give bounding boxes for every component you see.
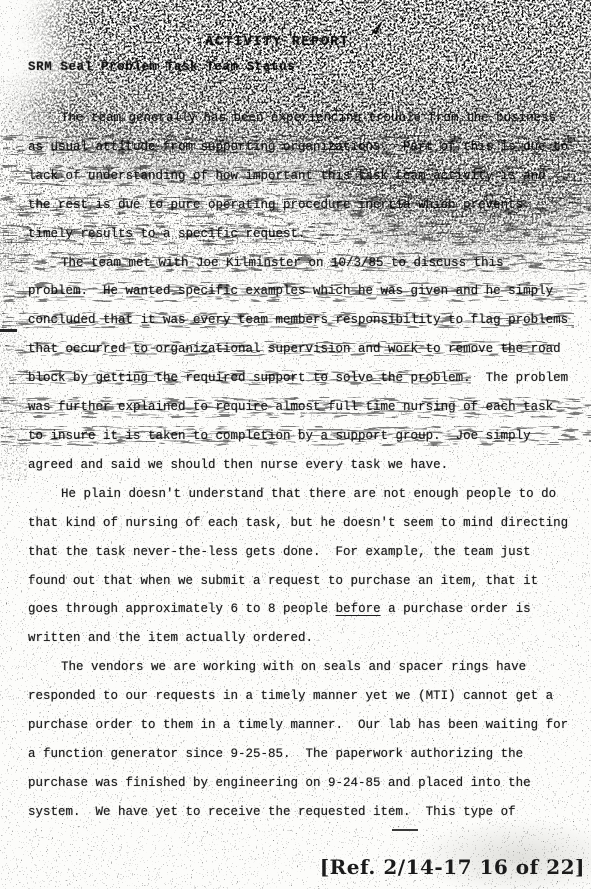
text-line: a function generator since 9-25-85. The … bbox=[28, 740, 579, 769]
text-line: the rest is due to pure operating proced… bbox=[28, 191, 579, 220]
text-line: goes through approximately 6 to 8 people… bbox=[28, 595, 579, 624]
text-line: was further explained to require almost … bbox=[28, 393, 579, 422]
text-line: system. We have yet to receive the reque… bbox=[28, 798, 579, 827]
text-line: found out that when we submit a request … bbox=[28, 567, 579, 596]
text-line: written and the item actually ordered. bbox=[28, 624, 579, 653]
stray-underline-mark bbox=[392, 829, 418, 831]
text-line: that occurred to organizational supervis… bbox=[28, 335, 579, 364]
document-subtitle: SRM Seal Problem Task Team Status bbox=[28, 60, 591, 74]
document-page: ACTIVITY REPORT✔ SRM Seal Problem Task T… bbox=[0, 0, 591, 889]
text-line: agreed and said we should then nurse eve… bbox=[28, 451, 579, 480]
document-body: The team generally has been experiencing… bbox=[0, 104, 591, 827]
reference-stamp: [Ref. 2/14-17 16 of 22] bbox=[320, 855, 585, 879]
text-line: lack of understanding of how important t… bbox=[28, 162, 579, 191]
paragraph: The vendors we are working with on seals… bbox=[28, 653, 579, 826]
text-line: purchase was finished by engineering on … bbox=[28, 769, 579, 798]
paragraph: The team generally has been experiencing… bbox=[28, 104, 579, 249]
paragraph: The team met with Joe Kilminster on 10/3… bbox=[28, 249, 579, 480]
handwritten-check-icon: ✔ bbox=[369, 19, 388, 42]
text-line: block by getting the required support to… bbox=[28, 364, 579, 393]
text-line: that the task never-the-less gets done. … bbox=[28, 538, 579, 567]
margin-dash-mark bbox=[0, 329, 17, 332]
text-line: as usual attitude from supporting organi… bbox=[28, 133, 579, 162]
text-line: timely results to a specific request. bbox=[28, 220, 579, 249]
text-line: purchase order to them in a timely manne… bbox=[28, 711, 579, 740]
page-title: ACTIVITY REPORT bbox=[205, 35, 349, 50]
text-line: The vendors we are working with on seals… bbox=[28, 653, 579, 682]
text-line: problem. He wanted specific examples whi… bbox=[28, 277, 579, 306]
text-line: responded to our requests in a timely ma… bbox=[28, 682, 579, 711]
text-line: to insure it is taken to completion by a… bbox=[28, 422, 579, 451]
document-content: ACTIVITY REPORT✔ SRM Seal Problem Task T… bbox=[0, 30, 591, 827]
underlined-word: before bbox=[336, 602, 381, 616]
text-line: concluded that it was every team members… bbox=[28, 306, 579, 335]
paragraph: He plain doesn't understand that there a… bbox=[28, 480, 579, 653]
text-line: that kind of nursing of each task, but h… bbox=[28, 509, 579, 538]
text-line: The team generally has been experiencing… bbox=[28, 104, 579, 133]
title-row: ACTIVITY REPORT✔ bbox=[0, 30, 591, 50]
text-line: The team met with Joe Kilminster on 10/3… bbox=[28, 249, 579, 278]
text-line: He plain doesn't understand that there a… bbox=[28, 480, 579, 509]
